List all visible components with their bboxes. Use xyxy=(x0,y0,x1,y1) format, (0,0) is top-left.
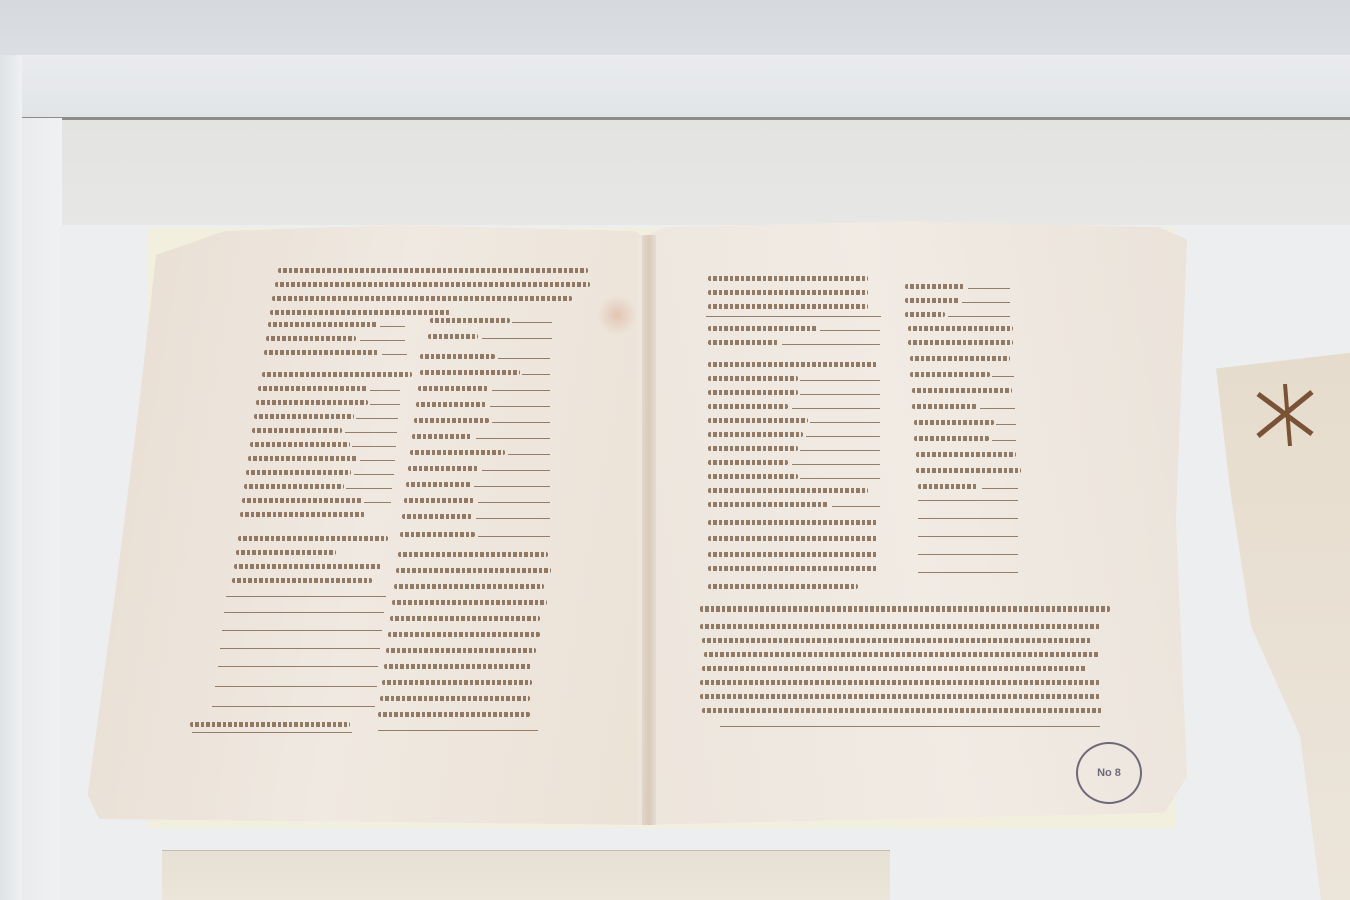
parchment-strip-bottom xyxy=(162,850,890,900)
manuscript-gutter xyxy=(642,235,656,825)
open-manuscript xyxy=(82,215,1187,825)
archive-stamp: No 8 xyxy=(1076,742,1142,804)
display-case-frame-left xyxy=(0,55,22,900)
display-case-back-wall xyxy=(40,120,1350,230)
page-stain xyxy=(597,295,637,335)
chrismon-icon xyxy=(1250,380,1320,450)
manuscript-left-page xyxy=(82,225,652,825)
display-case-side-wall xyxy=(22,118,62,900)
display-case-frame-top xyxy=(22,55,1350,120)
wall-background xyxy=(0,0,1350,60)
stamp-number: No 8 xyxy=(1097,767,1121,779)
